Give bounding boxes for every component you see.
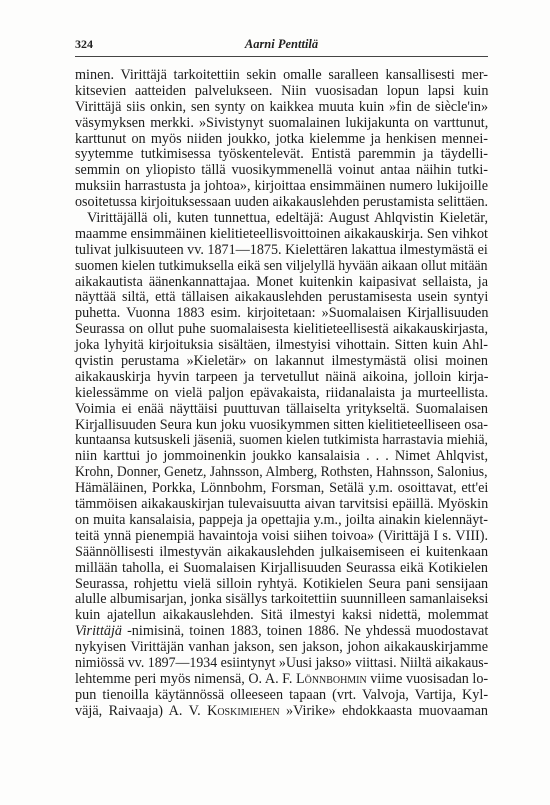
text-line: syytemme tutkimisessa työskentelevät. En…: [75, 147, 488, 163]
text-line: tulivat julkisuuteen vv. 1871—1875. Kiel…: [75, 243, 486, 259]
text-line: kuntaansa kutsuskeli jäseniä, suomen kie…: [75, 433, 479, 449]
text-line: aikakautista äänenkannattajaa. Monet kui…: [75, 275, 488, 291]
text-line: kielessämme on vielä paljon epävakaista,…: [75, 386, 488, 402]
text-line: Säännöllisesti ilmestyvän aikakauslehden…: [75, 545, 488, 561]
text-line: joka lyhyitä kirjoituksia sisältäen, ilm…: [75, 338, 488, 354]
text-line: aikakauskirja hyvin tarpeen ja tervetull…: [75, 370, 488, 386]
line-text: -nimisinä, toinen 1883, toinen 1886. Ne …: [122, 623, 488, 639]
text-line: alulle albumisarjan, jonka sisällys tark…: [75, 592, 488, 608]
text-line: Hämäläinen, Porkka, Lönnbohm, Forsman, S…: [75, 481, 488, 497]
text-line: nimiössä vv. 1897—1934 esiintynyt »Uusi …: [75, 656, 479, 672]
text-line: semmin on yliopisto tällä vuosikymmenell…: [75, 163, 488, 179]
text-line: Krohn, Donner, Genetz, Jahnsson, Almberg…: [75, 465, 474, 481]
text-line: lehtemme peri myös nimensä, O. A. F. Lön…: [75, 672, 487, 688]
text-line: millään taholla, ei Suomalaisen Kirjalli…: [75, 561, 488, 577]
text-line: Seurassa, rohjettu vielä silloin ryhtyä.…: [75, 577, 488, 593]
running-head-author: Aarni Penttilä: [75, 36, 488, 52]
smallcaps-name: Koskimiehen: [207, 703, 279, 719]
text-line: väsymyksen merkki. »Sivistynyt suomalain…: [75, 116, 488, 132]
line-text: väjä, Raivaaja) A. V.: [75, 703, 207, 719]
text-line: qvistin perustama »Kieletär» on lakannut…: [75, 354, 488, 370]
text-line: pun tienoilla käytännössä olleeseen tapa…: [75, 688, 488, 704]
line-text: lehtemme peri myös nimensä, O. A. F.: [75, 671, 296, 687]
line-text: viime vuosisadan lo-: [367, 671, 488, 687]
text-line: Virittäjällä oli, kuten tunnettua, edelt…: [75, 211, 488, 227]
text-line: puhetta. Vuonna 1883 esim. kirjoitetaan:…: [75, 306, 488, 322]
text-line: teitä ynnä pienempiä havaintoja voisi si…: [75, 529, 488, 545]
line-text: »Virike» ehdokkaasta muovaaman: [280, 703, 488, 719]
text-line: nykyisen Virittäjän vanhan jakson, sen j…: [75, 640, 488, 656]
text-line: karttunut on myös niiden joukko, jotka k…: [75, 132, 488, 148]
text-line: niin karttui jo jommoinenkin joukko kans…: [75, 449, 488, 465]
page-header: 324 Aarni Penttilä: [75, 36, 488, 52]
text-line: on muita kansalaisia, pappeja ja opettaj…: [75, 513, 488, 529]
text-line: näyttää siltä, että tällaisen aikakausle…: [75, 290, 488, 306]
header-rule: [75, 56, 488, 57]
text-line: Virittäjä -nimisinä, toinen 1883, toinen…: [75, 624, 488, 640]
text-line: suomen kielen tutkimuksella eikä sen vil…: [75, 259, 477, 275]
text-line: osoitetussa kirjoituksessaan uuden aikak…: [75, 195, 485, 211]
text-line: Voimia ei enää näyttäisi puuttuvan tälla…: [75, 402, 488, 418]
text-line: muksiin harrastusta ja johtoa», kirjoitt…: [75, 179, 488, 195]
body-text: minen. Virittäjä tarkoitettiin sekin oma…: [75, 68, 488, 720]
text-line: Seurassa on ollut puhe suomalaisesta kie…: [75, 322, 488, 338]
text-line: Virittäjä siis onkin, sen synty on kaikk…: [75, 100, 488, 116]
text-line: kitsevien aatteiden palvelukseen. Niin v…: [75, 84, 488, 100]
text-line: väjä, Raivaaja) A. V. Koskimiehen »Virik…: [75, 704, 488, 720]
document-page: 324 Aarni Penttilä minen. Virittäjä tark…: [0, 0, 550, 805]
text-line: Kirjallisuuden Seura kun joku vuosikymme…: [75, 418, 488, 434]
text-line: tämmöisen aikakauskirjan tulevaisuutta a…: [75, 497, 488, 513]
smallcaps-name: Lönnbohmin: [296, 671, 367, 687]
italic-title: Virittäjä: [75, 623, 122, 639]
text-line: minen. Virittäjä tarkoitettiin sekin oma…: [75, 68, 488, 84]
text-line: maamme ensimmäinen kielitieteellisvoitto…: [75, 227, 488, 243]
text-line: kuin ajatellun aikakauslehden. Sitä ilme…: [75, 608, 488, 624]
